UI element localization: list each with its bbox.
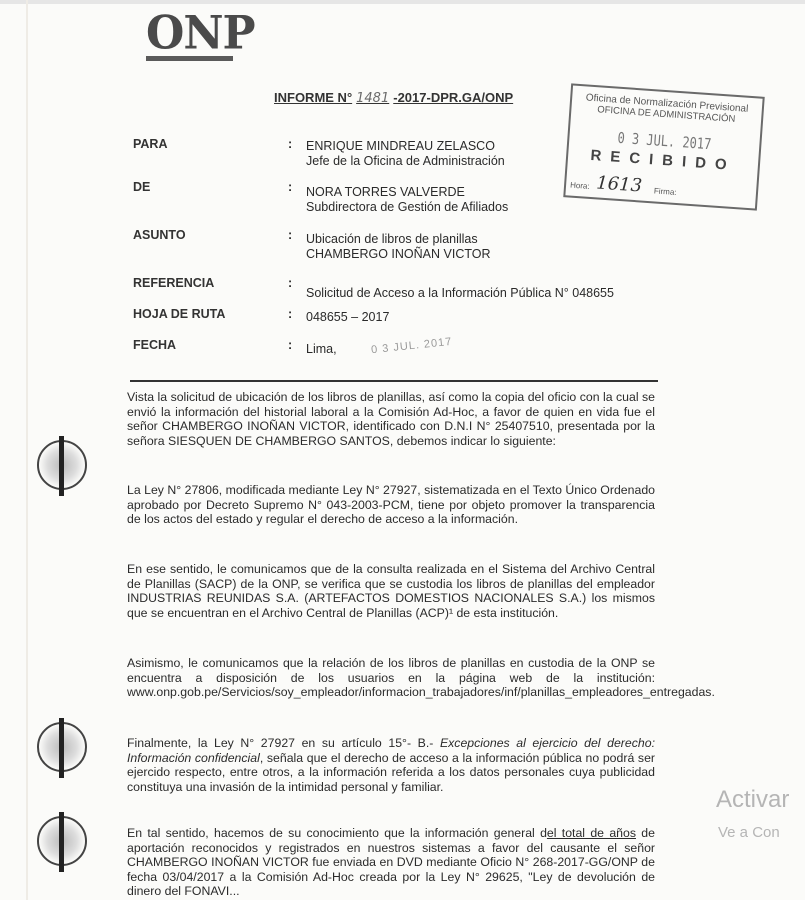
paragraph-3: En ese sentido, le comunicamos que de la… xyxy=(127,562,655,620)
header-colon: : xyxy=(288,137,292,151)
paragraph-6-start: En tal sentido, hacemos de su conocimien… xyxy=(127,826,547,840)
header-colon: : xyxy=(288,228,292,242)
seal-stamp-icon xyxy=(37,816,87,866)
received-stamp: Oficina de Normalización Previsional OFI… xyxy=(563,83,764,210)
page-edge xyxy=(26,0,28,900)
header-value-line: 048655 – 2017 xyxy=(306,310,389,325)
seal-stamp-icon xyxy=(37,722,87,772)
header-value: Ubicación de libros de planillas CHAMBER… xyxy=(306,232,491,262)
stamp-firma-label: Firma: xyxy=(654,186,677,197)
header-label: ASUNTO xyxy=(133,228,186,242)
header-colon: : xyxy=(288,307,292,321)
onp-logo: ONP xyxy=(146,11,255,57)
informe-number: 1481 xyxy=(352,91,393,106)
informe-suffix: -2017-DPR.GA/ONP xyxy=(393,90,513,105)
header-value-line: CHAMBERGO INOÑAN VICTOR xyxy=(306,247,491,262)
header-colon: : xyxy=(288,276,292,290)
header-value: Lima, xyxy=(306,342,337,357)
logo-underbar xyxy=(146,56,233,61)
header-label: DE xyxy=(133,180,150,194)
header-value-line: Ubicación de libros de planillas xyxy=(306,232,491,247)
header-value-line: NORA TORRES VALVERDE xyxy=(306,185,508,200)
windows-activation-watermark-subtitle: Ve a Con xyxy=(718,824,780,841)
seal-stamp-icon xyxy=(37,440,87,490)
header-label: PARA xyxy=(133,137,168,151)
header-value-line: Subdirectora de Gestión de Afiliados xyxy=(306,200,508,215)
paragraph-5: Finalmente, la Ley N° 27927 en su artícu… xyxy=(127,736,655,794)
header-colon: : xyxy=(288,338,292,352)
header-value: Solicitud de Acceso a la Información Púb… xyxy=(306,286,614,301)
header-value-line: Jefe de la Oficina de Administración xyxy=(306,154,505,169)
header-value-line: Solicitud de Acceso a la Información Púb… xyxy=(306,286,614,301)
header-value: 048655 – 2017 xyxy=(306,310,389,325)
paragraph-6: En tal sentido, hacemos de su conocimien… xyxy=(127,826,655,899)
paragraph-1: Vista la solicitud de ubicación de los l… xyxy=(127,390,655,448)
stamp-hora-label: Hora: xyxy=(570,181,590,191)
header-label: FECHA xyxy=(133,338,176,352)
header-value-line: Lima, xyxy=(306,342,337,357)
fecha-date-stamp: 0 3 JUL. 2017 xyxy=(371,336,453,356)
header-divider xyxy=(130,380,658,382)
paragraph-6-underlined: el total de años xyxy=(547,826,636,840)
informe-title: INFORME N°1481-2017-DPR.GA/ONP xyxy=(274,90,513,106)
header-value: ENRIQUE MINDREAU ZELASCO Jefe de la Ofic… xyxy=(306,139,505,169)
header-value: NORA TORRES VALVERDE Subdirectora de Ges… xyxy=(306,185,508,215)
header-label: HOJA DE RUTA xyxy=(133,307,225,321)
windows-activation-watermark-title: Activar xyxy=(716,786,789,814)
paragraph-4: Asimismo, le comunicamos que la relación… xyxy=(127,656,655,700)
header-label: REFERENCIA xyxy=(133,276,214,290)
header-colon: : xyxy=(288,180,292,194)
stamp-hora-value: 1613 xyxy=(596,172,643,196)
header-value-line: ENRIQUE MINDREAU ZELASCO xyxy=(306,139,505,154)
top-shadow xyxy=(0,0,805,4)
informe-prefix: INFORME N° xyxy=(274,90,352,105)
paragraph-5-start: Finalmente, la Ley N° 27927 en su artícu… xyxy=(127,736,440,750)
paragraph-2: La Ley N° 27806, modificada mediante Ley… xyxy=(127,483,655,527)
